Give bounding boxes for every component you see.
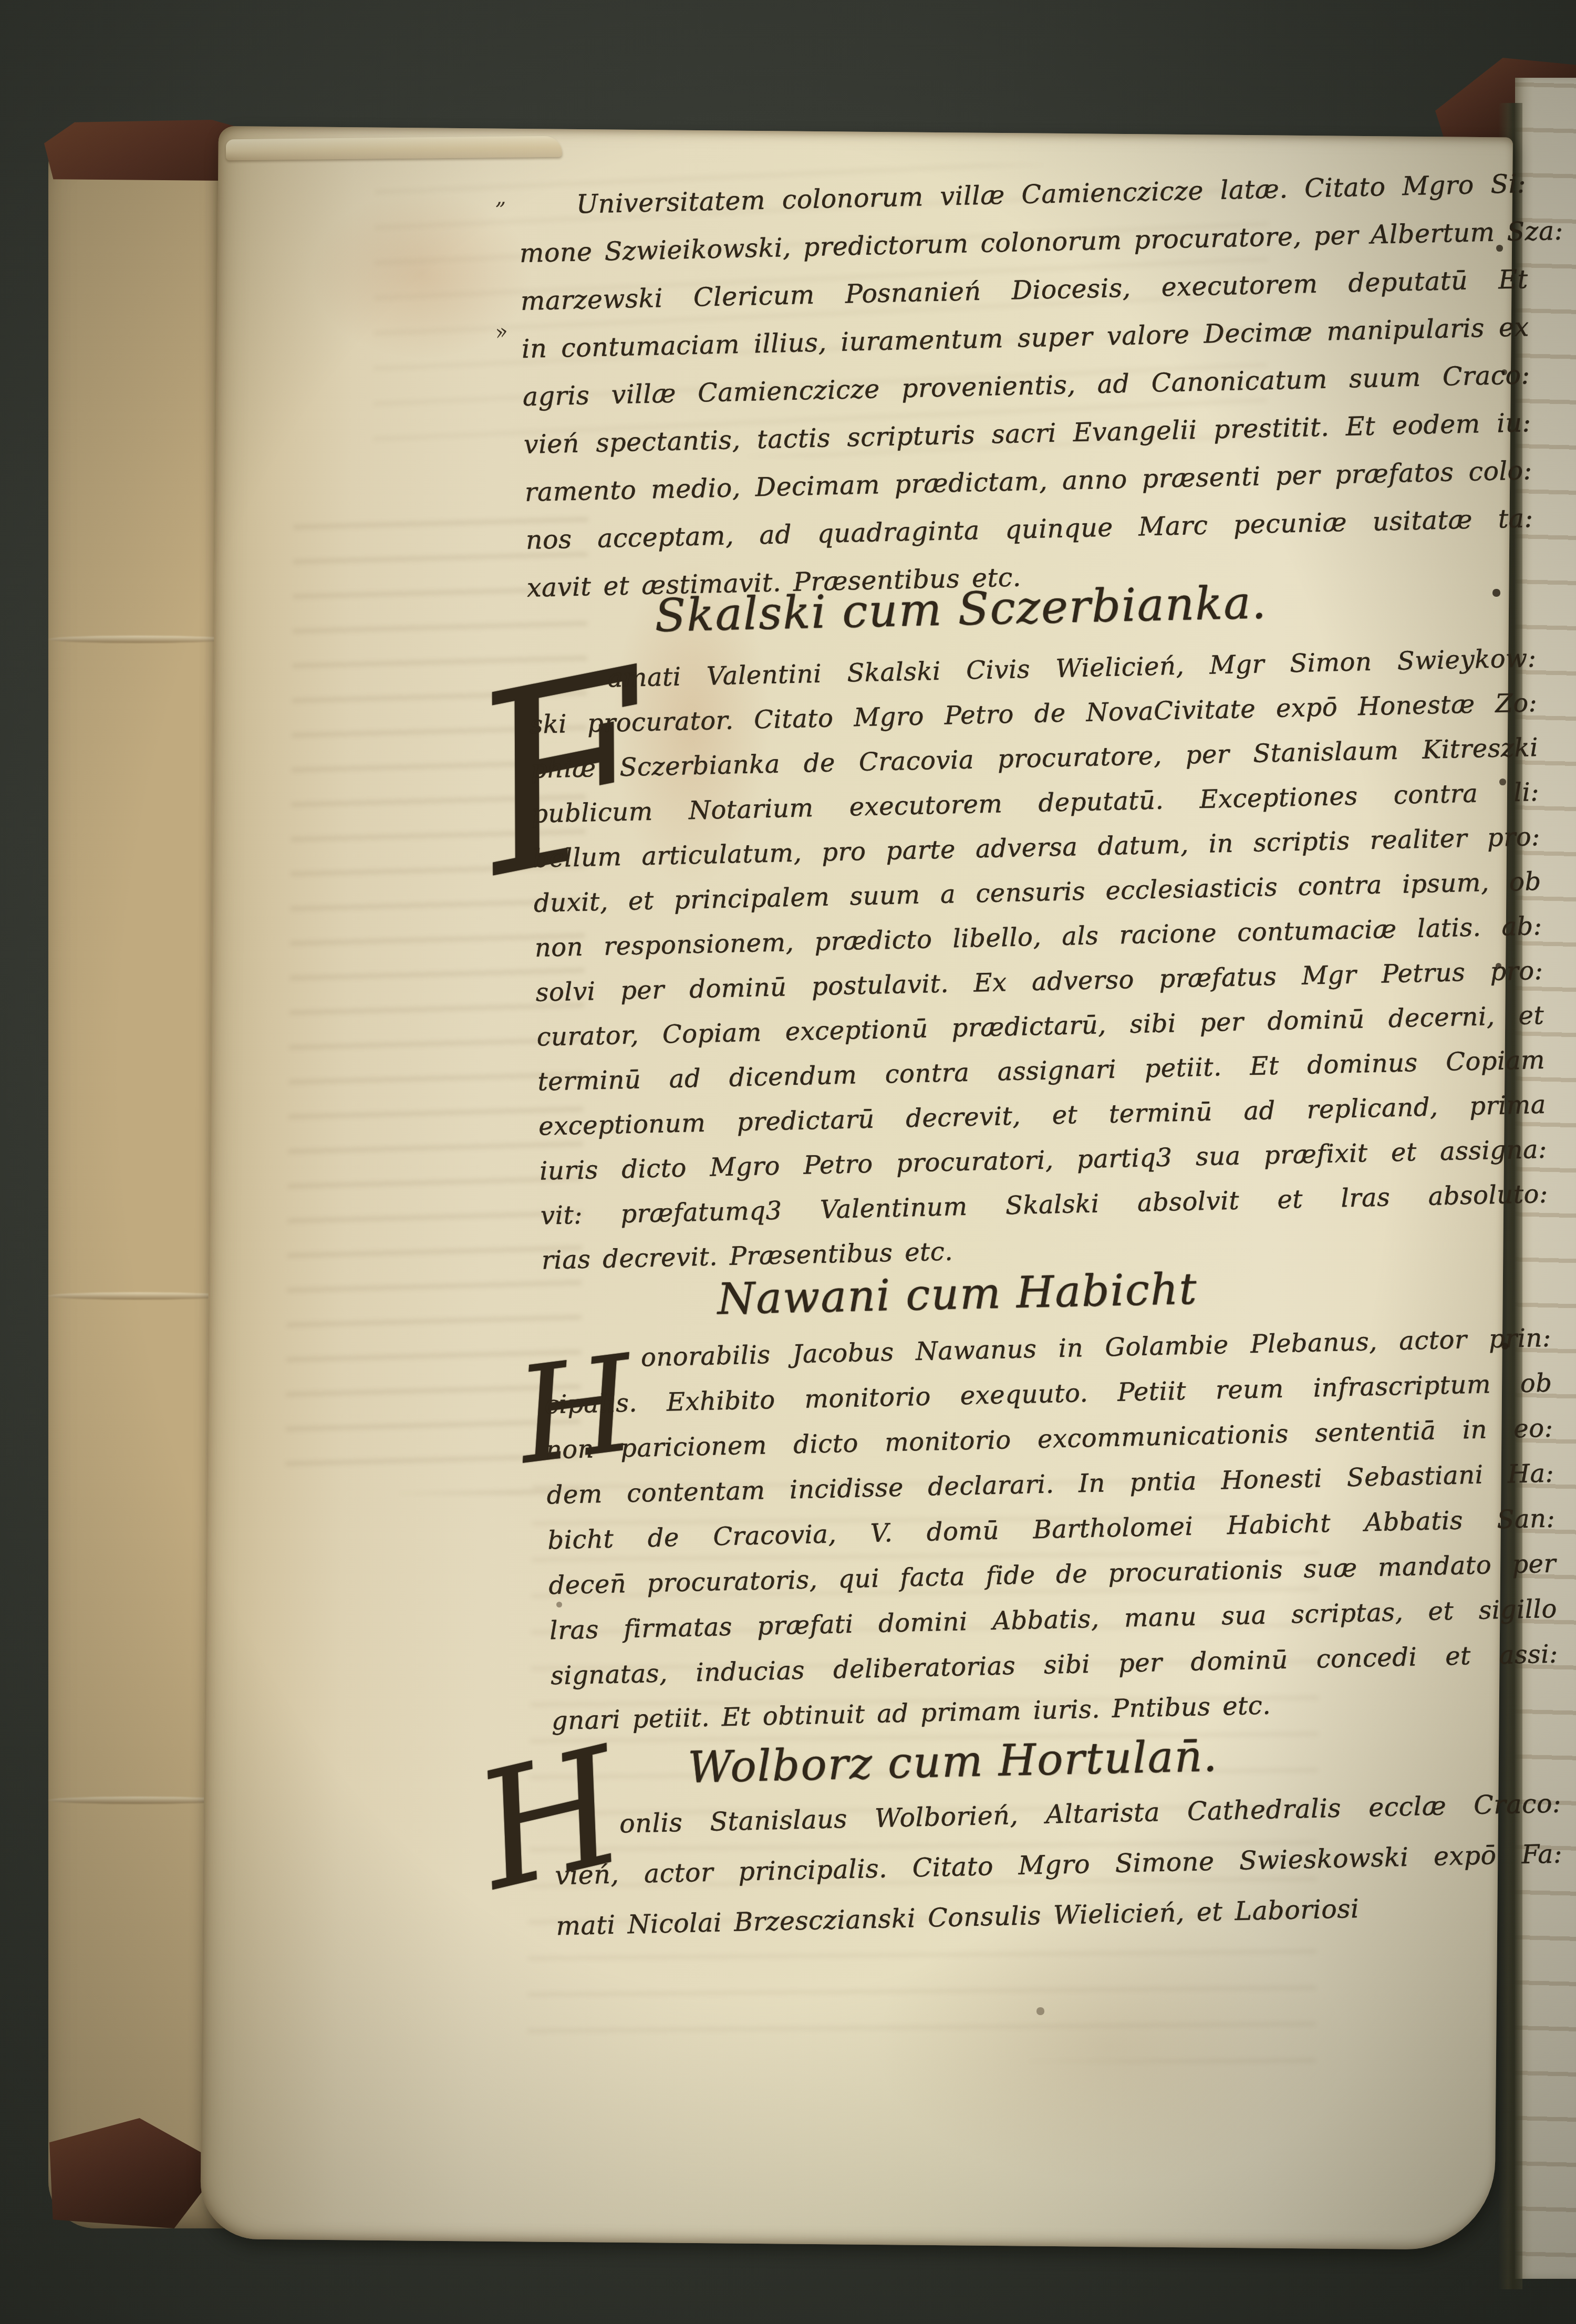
page-top-edge	[226, 136, 562, 161]
handwritten-text-block: „ » Universitatem colonorum villæ Camien…	[518, 160, 1564, 1967]
margin-mark: „	[495, 185, 506, 210]
fore-edge-crease	[48, 636, 228, 643]
entry-paragraph-wolborz: onlis Stanislaus Wolborień, Altarista Ca…	[553, 1778, 1564, 1952]
entry-paragraph-skalski: amati Valentini Skalski Civis Wielicień,…	[528, 636, 1550, 1283]
ink-specks	[0, 0, 3, 3]
fore-edge-crease	[48, 1797, 228, 1804]
entry-paragraph-nawani: onorabilis Jacobus Nawanus in Golambie P…	[543, 1315, 1559, 1744]
entry-paragraph-camienczicze: Universitatem colonorum villæ Camienczic…	[518, 160, 1534, 612]
manuscript-photo: „ » Universitatem colonorum villæ Camien…	[0, 0, 1576, 2324]
fore-edge-crease	[48, 1292, 228, 1300]
book-fore-edge-pages	[48, 134, 228, 2228]
